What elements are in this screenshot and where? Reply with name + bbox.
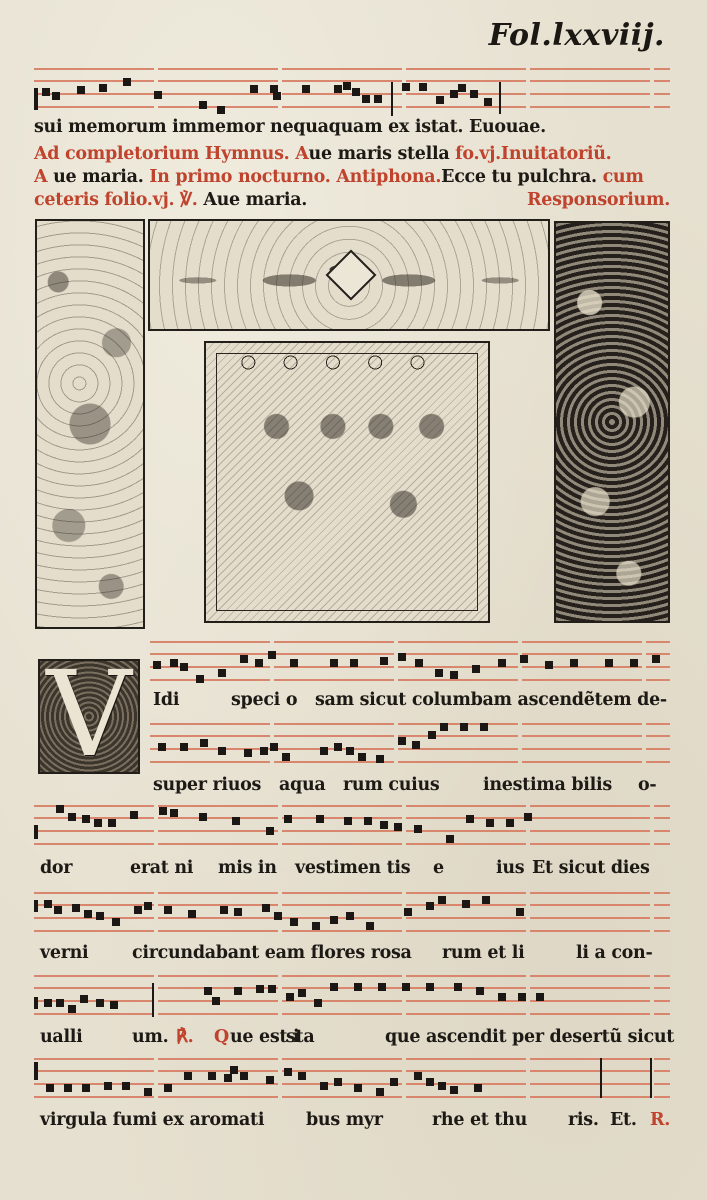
- music-staff-6: [34, 1058, 670, 1104]
- invitatory-text: ue maria.: [53, 167, 143, 187]
- central-woodcut-death-of-virgin: [204, 341, 490, 623]
- syllable: Idi: [153, 690, 179, 710]
- syllable: circundabant eam flores rosa: [132, 943, 412, 963]
- top-lyrics-line: sui memorum immemor nequaquam ex istat. …: [34, 117, 546, 137]
- syllable: sta: [286, 1027, 314, 1047]
- antiphon-text: Ecce tu pulchra.: [441, 167, 597, 187]
- red-initial: A: [34, 167, 47, 187]
- chant-lyrics-line-2: super riuos aqua rum cuius inestima bili…: [153, 775, 673, 797]
- syllable: rhe et thu: [432, 1110, 527, 1130]
- syllable: super riuos: [153, 775, 261, 795]
- syllable: e: [433, 858, 444, 878]
- responsory-sign: ℟.: [176, 1027, 193, 1047]
- syllable: Et sicut dies: [532, 858, 650, 878]
- rubric-line-3: ceteris folio.vj. ℣. Aue maria. Responso…: [34, 190, 670, 210]
- chant-lyrics-line-1: Idi speci o sam sicut columbam ascendẽte…: [153, 690, 673, 712]
- syllable: o-: [638, 775, 656, 795]
- music-staff-1: [150, 641, 670, 687]
- syllable: speci o: [231, 690, 297, 710]
- chant-lyrics-line-5: ualli um. ℟. Q ue est i sta que ascendit…: [40, 1027, 670, 1049]
- syllable: rum et li: [442, 943, 524, 963]
- rubric-text: In primo nocturno. Antiphona.: [149, 167, 441, 187]
- rubric-text: fo.vj.Inuitatoriũ.: [455, 144, 611, 164]
- syllable: verni: [40, 943, 88, 963]
- right-ornamental-border: [554, 221, 670, 623]
- music-staff-4: [34, 892, 670, 938]
- syllable: virgula fumi ex aromati: [40, 1110, 264, 1130]
- music-staff-2: [150, 723, 670, 769]
- top-frieze-woodcut: [148, 219, 550, 331]
- chant-lyrics-line-4: verni circundabant eam flores rosa rum e…: [40, 943, 670, 965]
- red-initial-q: Q: [214, 1027, 229, 1047]
- initial-letter: V: [46, 659, 131, 773]
- syllable: rum cuius: [343, 775, 439, 795]
- versicle-text: Aue maria.: [203, 190, 307, 210]
- rubric-text: Ad completorium Hymnus.: [34, 144, 289, 164]
- syllable: ius: [496, 858, 524, 878]
- syllable: bus myr: [306, 1110, 383, 1130]
- syllable: dor: [40, 858, 72, 878]
- rubric-line-1: Ad completorium Hymnus. Aue maris stella…: [34, 144, 611, 164]
- syllable: que ascendit per desertũ sicut: [385, 1027, 674, 1047]
- hymn-title: ue maris stella: [309, 144, 450, 164]
- syllable: aqua: [279, 775, 325, 795]
- chant-lyrics-line-3: dor erat ni mis in vestimen tis e ius Et…: [40, 858, 670, 880]
- responsory-sign: R.: [650, 1110, 670, 1130]
- syllable: erat ni: [130, 858, 193, 878]
- folio-number: Fol.lxxviij.: [489, 18, 665, 53]
- versicle-sign: ℣.: [180, 190, 197, 210]
- music-staff-5: [34, 975, 670, 1021]
- red-initial: A: [295, 144, 308, 164]
- syllable: inestima bilis: [483, 775, 612, 795]
- top-music-staff: [34, 68, 670, 116]
- rubric-line-2: A ue maria. In primo nocturno. Antiphona…: [34, 167, 644, 187]
- rubric-text: ceteris folio.vj.: [34, 190, 174, 210]
- syllable: ris.: [568, 1110, 599, 1130]
- syllable: um.: [132, 1027, 168, 1047]
- repetendum-cue: Et.: [610, 1110, 637, 1130]
- responsory-rubric: Responsorium.: [527, 190, 670, 210]
- syllable: ualli: [40, 1027, 83, 1047]
- medallion-portrait: [326, 250, 377, 301]
- syllable: vestimen tis: [295, 858, 410, 878]
- left-ornamental-border: [35, 219, 145, 629]
- syllable: sam sicut columbam ascendẽtem de-: [315, 690, 667, 710]
- rubric-text: cum: [603, 167, 644, 187]
- chant-lyrics-line-6: virgula fumi ex aromati bus myr rhe et t…: [40, 1110, 670, 1132]
- decorated-initial: V: [38, 659, 140, 774]
- syllable: li a con-: [576, 943, 652, 963]
- syllable: mis in: [218, 858, 277, 878]
- music-staff-3: [34, 805, 670, 851]
